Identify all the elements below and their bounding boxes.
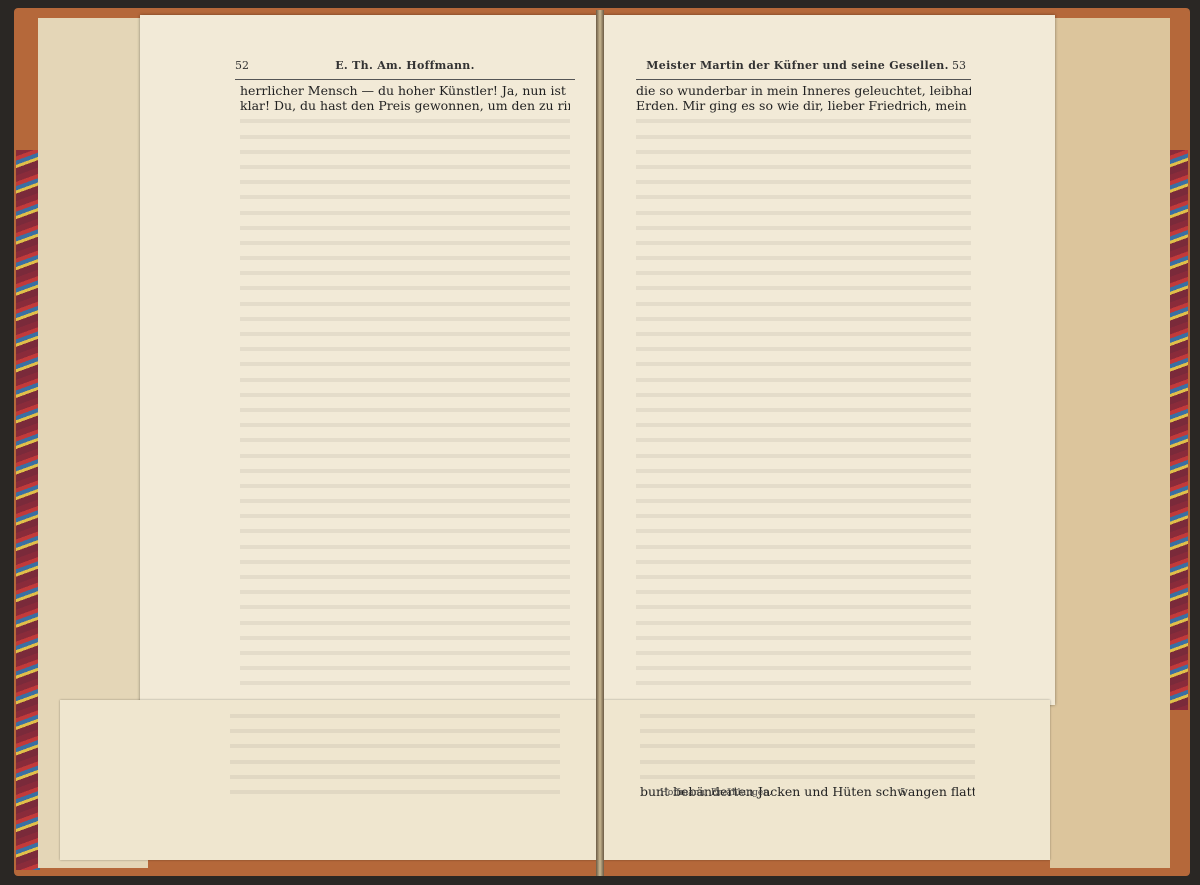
untranscribed-line xyxy=(636,675,971,690)
text-line: die so wunderbar in mein Inneres geleuch… xyxy=(636,83,971,98)
untranscribed-line xyxy=(636,584,971,599)
untranscribed-line xyxy=(636,660,971,675)
untranscribed-line xyxy=(636,569,971,584)
untranscribed-line xyxy=(240,144,570,159)
untranscribed-line xyxy=(240,569,570,584)
untranscribed-line xyxy=(636,174,971,189)
untranscribed-line xyxy=(240,630,570,645)
untranscribed-line xyxy=(636,113,971,128)
untranscribed-line xyxy=(240,235,570,250)
untranscribed-line xyxy=(230,723,560,738)
untranscribed-line xyxy=(230,769,560,784)
untranscribed-line xyxy=(240,599,570,614)
untranscribed-line xyxy=(240,265,570,280)
untranscribed-line xyxy=(240,113,570,128)
signature-number: 5 xyxy=(900,788,906,798)
untranscribed-line xyxy=(240,159,570,174)
right-head-rule xyxy=(636,79,971,80)
untranscribed-line xyxy=(636,280,971,295)
untranscribed-line xyxy=(636,159,971,174)
untranscribed-line xyxy=(636,189,971,204)
marbled-edge-left xyxy=(16,150,40,870)
untranscribed-line xyxy=(636,630,971,645)
untranscribed-line xyxy=(636,387,971,402)
untranscribed-line xyxy=(640,754,975,769)
right-slip-text: bunt bebänderten Jacken und Hüten schwan… xyxy=(640,708,975,799)
untranscribed-line xyxy=(240,356,570,371)
marbled-edge-right xyxy=(1168,150,1188,710)
untranscribed-line xyxy=(636,615,971,630)
untranscribed-line xyxy=(636,432,971,447)
untranscribed-line xyxy=(636,250,971,265)
untranscribed-line xyxy=(230,708,560,723)
untranscribed-line xyxy=(640,723,975,738)
untranscribed-line xyxy=(240,493,570,508)
right-page-number: 53 xyxy=(952,59,966,72)
untranscribed-line xyxy=(240,326,570,341)
untranscribed-line xyxy=(240,220,570,235)
untranscribed-line xyxy=(636,326,971,341)
untranscribed-line xyxy=(636,523,971,538)
right-running-head: Meister Martin der Küfner und seine Gese… xyxy=(600,59,1055,79)
untranscribed-line xyxy=(636,554,971,569)
left-slip-text xyxy=(230,708,560,799)
left-page: 52 E. Th. Am. Hoffmann. herrlicher Mensc… xyxy=(140,15,600,715)
left-running-title: E. Th. Am. Hoffmann. xyxy=(140,59,600,72)
untranscribed-line xyxy=(240,129,570,144)
untranscribed-line xyxy=(636,599,971,614)
untranscribed-line xyxy=(636,129,971,144)
untranscribed-line xyxy=(636,311,971,326)
untranscribed-line xyxy=(636,463,971,478)
untranscribed-line xyxy=(636,144,971,159)
untranscribed-line xyxy=(636,417,971,432)
right-page-text: die so wunderbar in mein Inneres geleuch… xyxy=(636,83,971,691)
untranscribed-line xyxy=(640,769,975,784)
untranscribed-line xyxy=(240,417,570,432)
untranscribed-line xyxy=(240,296,570,311)
left-head-rule xyxy=(235,79,575,80)
endpaper-right xyxy=(1050,18,1170,868)
untranscribed-line xyxy=(240,448,570,463)
untranscribed-line xyxy=(640,708,975,723)
untranscribed-line xyxy=(240,280,570,295)
right-tipped-slip: bunt bebänderten Jacken und Hüten schwan… xyxy=(600,700,1050,860)
untranscribed-line xyxy=(240,432,570,447)
untranscribed-line xyxy=(240,554,570,569)
untranscribed-line xyxy=(636,493,971,508)
untranscribed-line xyxy=(240,660,570,675)
untranscribed-line xyxy=(230,738,560,753)
left-page-text: herrlicher Mensch — du hoher Künstler! J… xyxy=(240,83,570,691)
untranscribed-line xyxy=(636,478,971,493)
untranscribed-line xyxy=(240,250,570,265)
untranscribed-line xyxy=(636,539,971,554)
left-running-head: 52 E. Th. Am. Hoffmann. xyxy=(140,59,600,79)
left-tipped-slip xyxy=(60,700,600,860)
untranscribed-line xyxy=(636,448,971,463)
book-gutter xyxy=(596,10,604,876)
untranscribed-line xyxy=(240,615,570,630)
untranscribed-line xyxy=(636,402,971,417)
untranscribed-line xyxy=(240,584,570,599)
text-line: klar! Du, du hast den Preis gewonnen, um… xyxy=(240,98,570,113)
untranscribed-line xyxy=(240,174,570,189)
untranscribed-line xyxy=(636,296,971,311)
untranscribed-line xyxy=(240,372,570,387)
untranscribed-line xyxy=(240,523,570,538)
untranscribed-line xyxy=(240,387,570,402)
untranscribed-line xyxy=(240,205,570,220)
untranscribed-line xyxy=(636,265,971,280)
untranscribed-line xyxy=(636,508,971,523)
untranscribed-line xyxy=(240,463,570,478)
untranscribed-line xyxy=(240,402,570,417)
text-line: herrlicher Mensch — du hoher Künstler! J… xyxy=(240,83,570,98)
untranscribed-line xyxy=(240,645,570,660)
untranscribed-line xyxy=(636,220,971,235)
untranscribed-line xyxy=(636,235,971,250)
untranscribed-line xyxy=(636,341,971,356)
untranscribed-line xyxy=(636,205,971,220)
untranscribed-line xyxy=(240,189,570,204)
untranscribed-line xyxy=(240,478,570,493)
untranscribed-line xyxy=(240,311,570,326)
right-running-title: Meister Martin der Küfner und seine Gese… xyxy=(600,59,1055,72)
untranscribed-line xyxy=(640,738,975,753)
untranscribed-line xyxy=(230,754,560,769)
footer-signature: Hoffmann, Erzählungen. xyxy=(660,788,772,798)
untranscribed-line xyxy=(240,539,570,554)
untranscribed-line xyxy=(240,508,570,523)
text-line: Erden. Mir ging es so wie dir, lieber Fr… xyxy=(636,98,971,113)
untranscribed-line xyxy=(240,675,570,690)
untranscribed-line xyxy=(636,645,971,660)
untranscribed-line xyxy=(240,341,570,356)
right-page: Meister Martin der Küfner und seine Gese… xyxy=(600,15,1055,705)
untranscribed-line xyxy=(230,784,560,799)
untranscribed-line xyxy=(636,372,971,387)
untranscribed-line xyxy=(636,356,971,371)
